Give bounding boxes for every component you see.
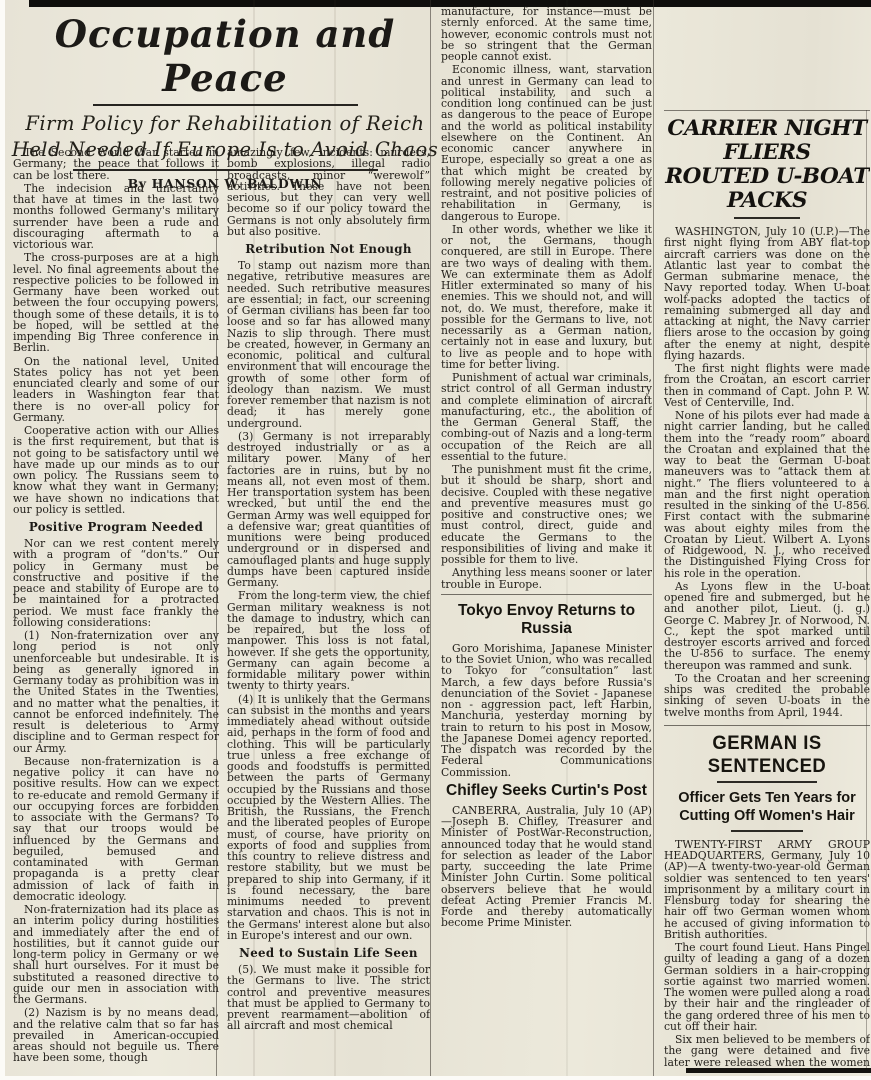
right-column: CARRIER NIGHT FLIERS ROUTED U-BOAT PACKS… [664, 110, 870, 1068]
headline-line-1: CARRIER NIGHT FLIERS [664, 117, 870, 165]
article-headline: Chifley Seeks Curtin's Post [441, 782, 652, 800]
paragraph: WASHINGTON, July 10 (U.P.)—The first nig… [664, 226, 870, 361]
main-article-column-1: The Second World War started in Germany;… [13, 147, 219, 1076]
page-margin [0, 1076, 871, 1080]
paragraph: TWENTY-FIRST ARMY GROUP HEADQUARTERS, Ge… [664, 839, 870, 940]
column-rule [653, 0, 654, 1076]
paragraph: The Second World War started in Germany;… [13, 147, 219, 181]
paragraph: (4) It is unlikely that the Germans can … [227, 694, 430, 942]
article-carrier-fliers: CARRIER NIGHT FLIERS ROUTED U-BOAT PACKS… [664, 117, 870, 718]
section-heading: Need to Sustain Life Seen [227, 946, 430, 960]
page-title: Occupation and Peace [11, 12, 439, 100]
paragraph: manufacture, for instance—must be sternl… [441, 6, 652, 62]
article-headline: Tokyo Envoy Returns to Russia [441, 602, 652, 638]
paragraph: Goro Morishima, Japanese Minister to the… [441, 643, 652, 778]
paragraph: The court found Lieut. Hans Pingel guilt… [664, 942, 870, 1032]
paragraph: The indecision and uncertainty that have… [13, 183, 219, 251]
paragraph: (3) Germany is not irreparably destroyed… [227, 431, 430, 589]
paragraph: Cooperative action with our Allies is th… [13, 425, 219, 515]
main-article-column-3: manufacture, for instance—must be sternl… [441, 6, 652, 1072]
paragraph: Non-fraternization had its place as an i… [13, 904, 219, 1005]
column-rule [430, 0, 431, 1076]
paragraph: Anything less means sooner or later trou… [441, 567, 652, 590]
newspaper-clipping: Occupation and Peace Firm Policy for Reh… [5, 0, 871, 1076]
headline-underline [731, 830, 803, 832]
paragraph: The punishment must fit the crime, but i… [441, 464, 652, 565]
paragraph: Nor can we rest content merely with a pr… [13, 538, 219, 628]
paragraph: Economic illness, want, starvation and u… [441, 64, 652, 222]
paragraph: Six men believed to be members of the ga… [664, 1034, 870, 1068]
masthead-rule [93, 104, 358, 106]
section-heading: Retribution Not Enough [227, 242, 430, 256]
article-subhead: Officer Gets Ten Years for Cutting Off W… [664, 789, 870, 825]
paragraph: CANBERRA, Australia, July 10 (AP)—Joseph… [441, 805, 652, 929]
paragraph: On the national level, United States pol… [13, 356, 219, 424]
paragraph: (1) Non-fraternization over any long per… [13, 630, 219, 754]
paragraph: To stamp out nazism more than negative, … [227, 260, 430, 429]
subtitle-line-1: Firm Policy for Rehabilitation of Reich [11, 111, 439, 137]
paragraph: As Lyons flew in the U-boat opened fire … [664, 581, 870, 671]
article-tokyo-envoy: Tokyo Envoy Returns to Russia Goro Moris… [441, 594, 652, 778]
paragraph: The cross-purposes are at a high level. … [13, 252, 219, 353]
article-headline: CARRIER NIGHT FLIERS ROUTED U-BOAT PACKS [664, 117, 870, 213]
article-german-sentenced: GERMAN IS SENTENCED Officer Gets Ten Yea… [664, 725, 870, 1068]
paragraph: In other words, whether we like it or no… [441, 224, 652, 370]
article-headline: GERMAN IS SENTENCED [664, 731, 870, 777]
headline-underline [717, 781, 817, 783]
headline-line-2: ROUTED U-BOAT PACKS [664, 165, 870, 213]
paragraph: To the Croatan and her screening ships w… [664, 673, 870, 718]
paragraph: (5). We must make it possible for the Ge… [227, 964, 430, 1032]
paragraph: Punishment of actual war criminals, stri… [441, 372, 652, 462]
page-margin [0, 0, 5, 1080]
section-heading: Positive Program Needed [13, 520, 219, 534]
paragraph: From the long-term view, the chief Germa… [227, 590, 430, 691]
bottom-rule [686, 1068, 871, 1073]
masthead: Occupation and Peace Firm Policy for Reh… [11, 12, 439, 142]
article-chifley: Chifley Seeks Curtin's Post CANBERRA, Au… [441, 782, 652, 929]
paragraph: None of his pilots ever had made a night… [664, 410, 870, 579]
paragraph: Because non-fraternization is a negative… [13, 756, 219, 902]
headline-underline [734, 217, 800, 219]
main-article-column-2: amazingly few, incidents: murders, bomb … [227, 147, 430, 1076]
paragraph: amazingly few, incidents: murders, bomb … [227, 147, 430, 237]
paragraph: The first night flights were made from t… [664, 363, 870, 408]
paragraph: (2) Nazism is by no means dead, and the … [13, 1007, 219, 1063]
